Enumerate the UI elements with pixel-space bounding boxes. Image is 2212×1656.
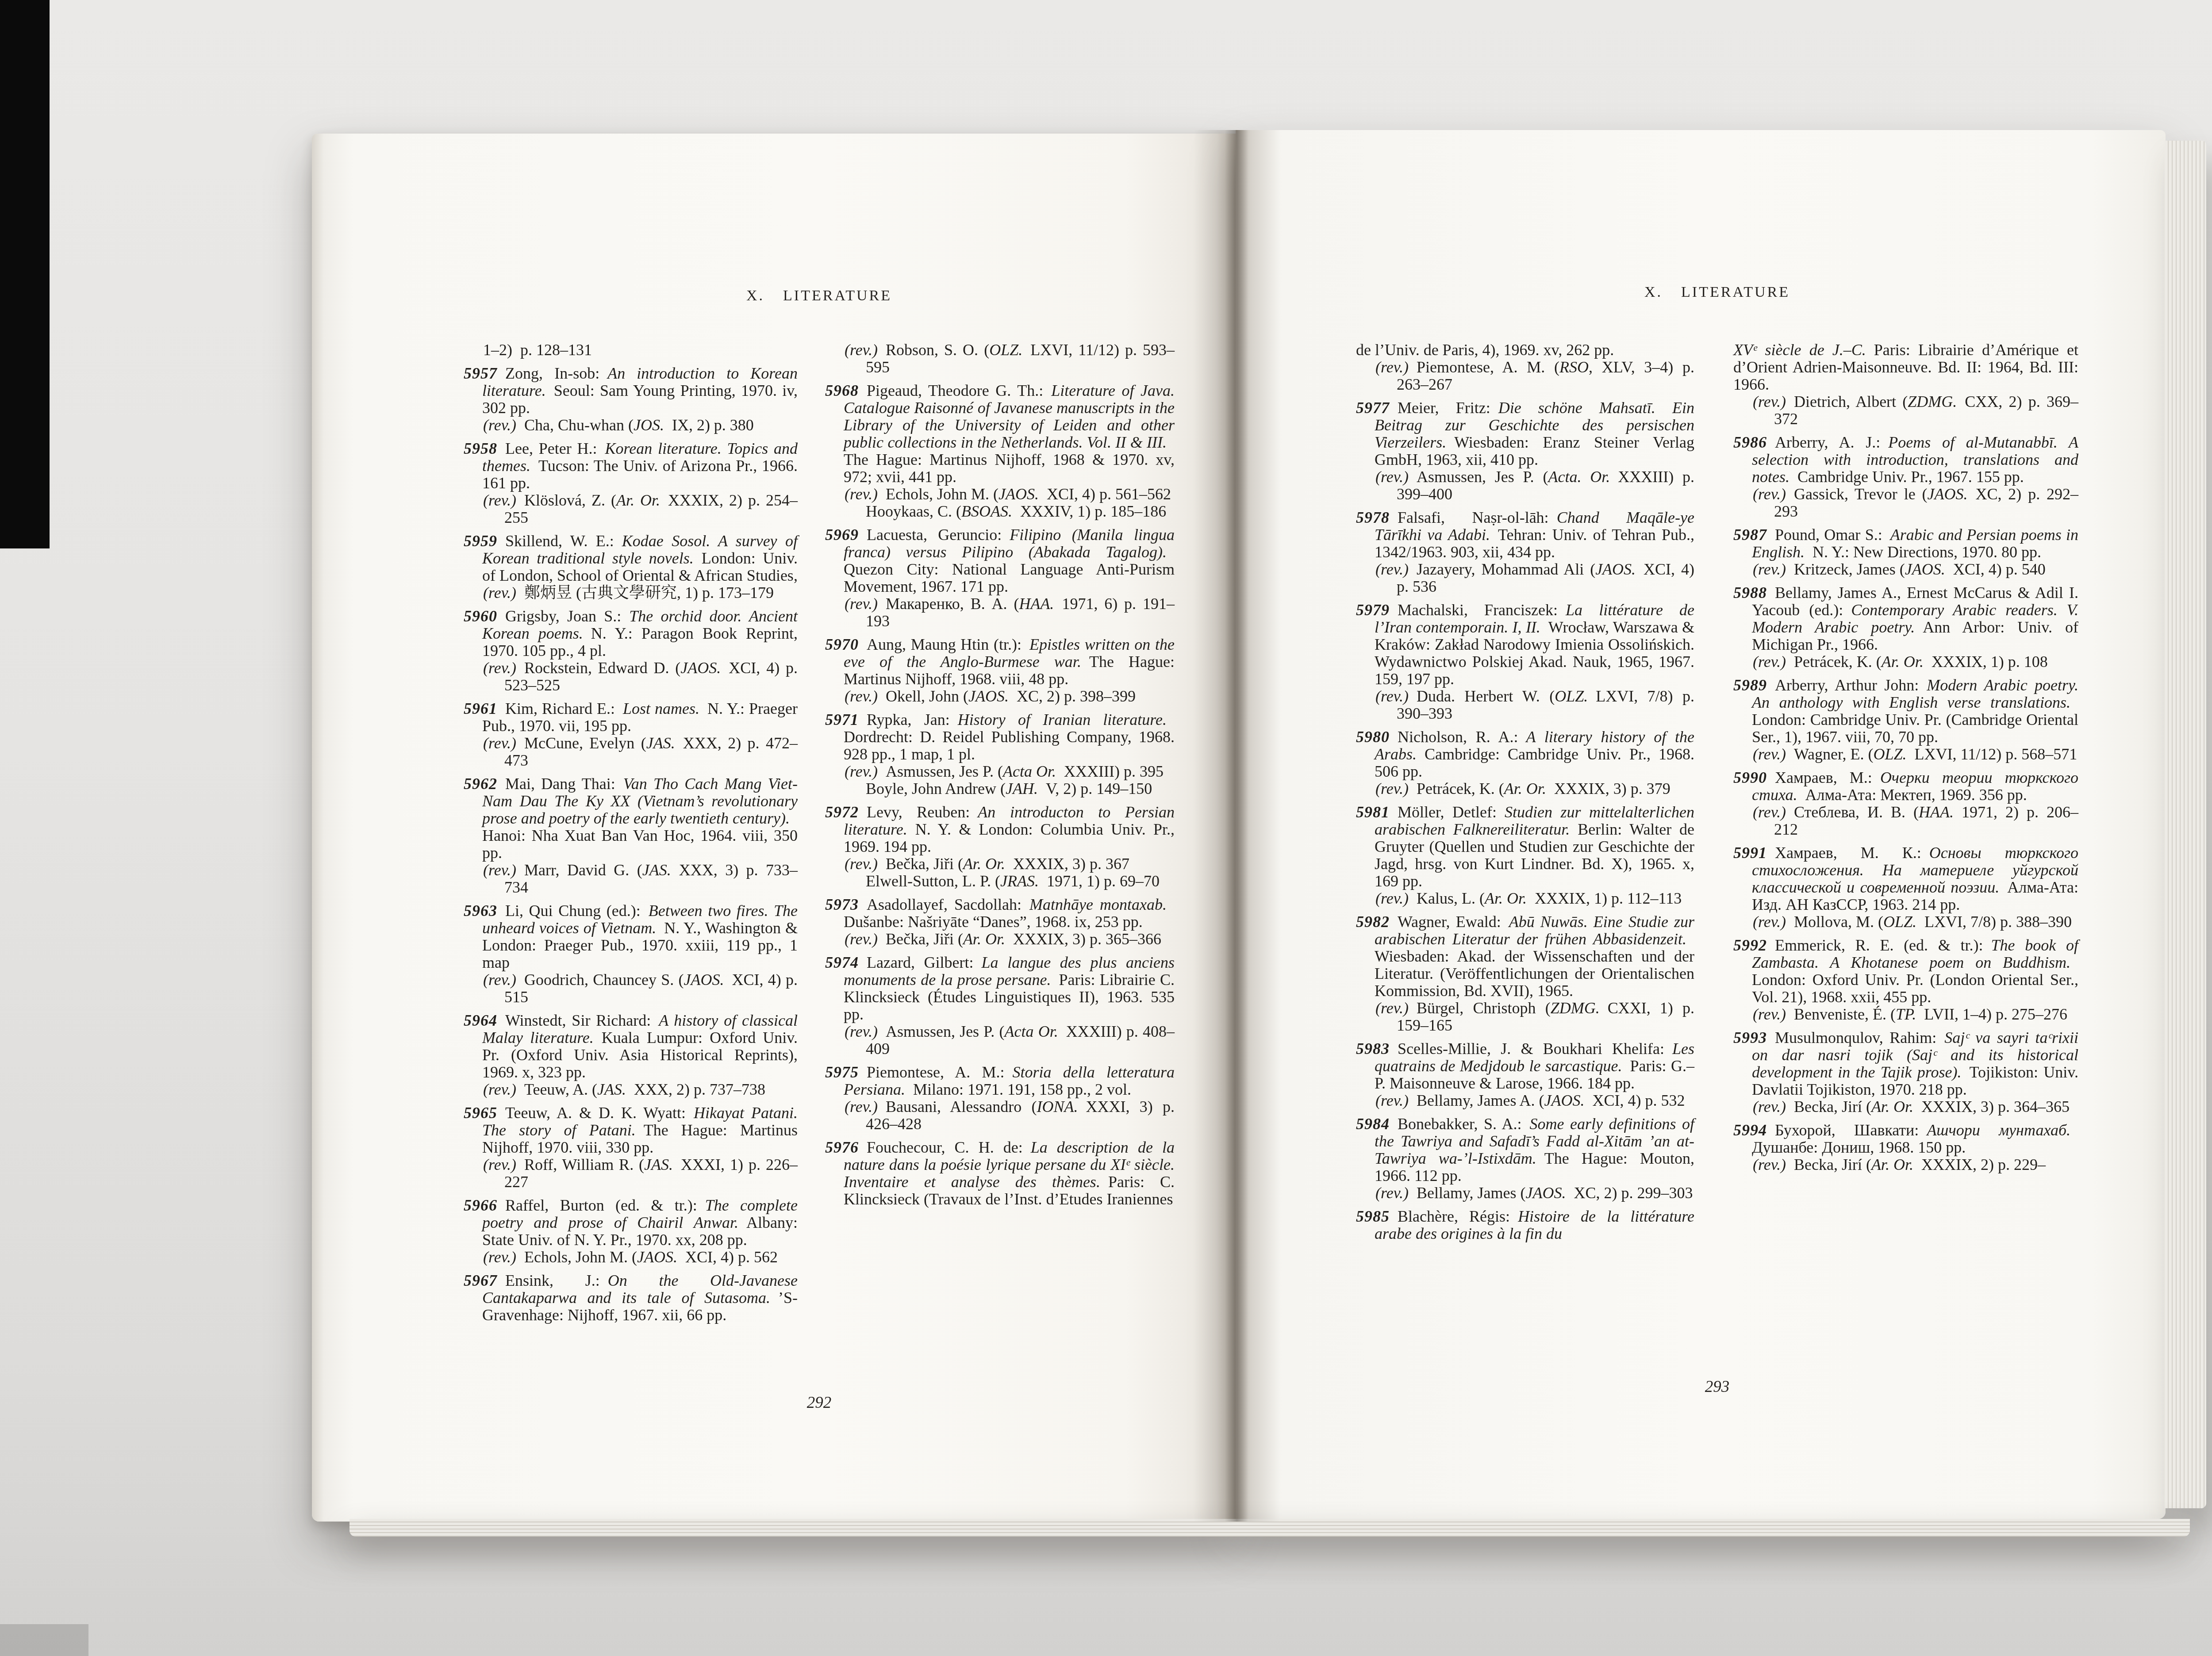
bib-entry: 5979 Machalski, Franciszek: La littératu… (1356, 602, 1694, 688)
entry-number: 5989 (1733, 676, 1767, 694)
bib-entry: 5988 Bellamy, James A., Ernest McCarus &… (1733, 584, 2078, 653)
bib-entry: 5962 Mai, Dang Thai: Van Tho Cach Mang V… (464, 775, 798, 862)
bib-rev: (rev.) Kalus, L. (Ar. Or. XXXIX, 1) p. 1… (1356, 890, 1694, 907)
bib-rev: (rev.) Bečka, Jiři (Ar. Or. XXXIX, 3) p.… (825, 855, 1175, 873)
bib-entry: 5978 Falsafi, Naṣr-ol-lāh: Chand Maqāle-… (1356, 509, 1694, 561)
bib-rev: (rev.) Petrácek, K. (Ar. Or. XXXIX, 3) p… (1356, 780, 1694, 797)
bib-entry: 5969 Lacuesta, Geruncio: Filipino (Manil… (825, 526, 1175, 595)
entry-number: 5971 (825, 711, 859, 728)
bib-rev: (rev.) Bausani, Alessandro (IONA. XXXI, … (825, 1098, 1175, 1133)
bib-entry: 5986 Arberry, A. J.: Poems of al-Mutanab… (1733, 434, 2078, 486)
bib-entry: 5990 Хамраев, М.: Очерки теории тюркског… (1733, 769, 2078, 804)
entry-number: 5978 (1356, 509, 1390, 526)
entry-number: 5993 (1733, 1029, 1767, 1046)
bib-entry: 5959 Skillend, W. E.: Kodae Sosol. A sur… (464, 533, 798, 584)
bib-rev: (rev.) Kritzeck, James (JAOS. XCI, 4) p.… (1733, 561, 2078, 578)
bib-entry: 5972 Levy, Reuben: An introducton to Per… (825, 804, 1175, 855)
table-shadow-strip (0, 1624, 88, 1656)
running-head-right: X. LITERATURE (1356, 284, 2078, 301)
bibliography-column: XVᵉ siècle de J.–C. Paris: Librairie d’A… (1733, 341, 2078, 1173)
bib-entry: 5985 Blachère, Régis: Histoire de la lit… (1356, 1208, 1694, 1242)
bib-rev: (rev.) Макаренко, В. А. (НАА. 1971, 6) p… (825, 595, 1175, 630)
running-head-left: X. LITERATURE (464, 287, 1175, 304)
bib-rev: (rev.) Gassick, Trevor le (JAOS. XC, 2) … (1733, 486, 2078, 520)
bib-rev: (rev.) McCune, Evelyn (JAS. XXX, 2) p. 4… (464, 735, 798, 769)
entry-number: 5981 (1356, 803, 1390, 821)
bib-rev: (rev.) Asmussen, Jes P. (Acta Or. XXXIII… (825, 763, 1175, 780)
entry-number: 5984 (1356, 1115, 1390, 1133)
entry-number: 5976 (825, 1138, 859, 1156)
bib-rev: (rev.) Rockstein, Edward D. (JAOS. XCI, … (464, 659, 798, 694)
entry-number: 5985 (1356, 1207, 1390, 1225)
bib-entry: 5967 Ensink, J.: On the Old-Javanese Can… (464, 1272, 798, 1324)
bib-entry: 5965 Teeuw, A. & D. K. Wyatt: Hikayat Pa… (464, 1104, 798, 1156)
photo-backdrop: X. LITERATURE X. LITERATURE 1–2) p. 128–… (0, 0, 2212, 1656)
bib-rev: (rev.) Bellamy, James (JAOS. XC, 2) p. 2… (1356, 1184, 1694, 1202)
bib-rev: (rev.) Asmussen, Jes P. (Acta Or. XXXIII… (825, 1023, 1175, 1058)
bib-rev: (rev.) Klöslová, Z. (Ar. Or. XXXIX, 2) p… (464, 492, 798, 526)
bib-rev: (rev.) Piemontese, A. M. (RSO, XLV, 3–4)… (1356, 359, 1694, 393)
bib-rev: (rev.) Echols, John M. (JAOS. XCI, 4) p.… (464, 1249, 798, 1266)
bib-rev: (rev.) Bürgel, Christoph (ZDMG. CXXI, 1)… (1356, 1000, 1694, 1034)
bib-rev: (rev.) Teeuw, A. (JAS. XXX, 2) p. 737–73… (464, 1081, 798, 1098)
entry-number: 5957 (464, 364, 497, 382)
bib-entry: 5957 Zong, In-sob: An introduction to Ko… (464, 365, 798, 417)
entry-number: 5992 (1733, 936, 1767, 954)
bib-entry: 5981 Möller, Detlef: Studien zur mittela… (1356, 804, 1694, 890)
entry-number: 5969 (825, 526, 859, 544)
bib-cont: XVᵉ siècle de J.–C. Paris: Librairie d’A… (1733, 341, 2078, 393)
dark-corner-strip (0, 0, 50, 548)
entry-number: 5972 (825, 803, 859, 821)
bib-entry: 5982 Wagner, Ewald: Abū Nuwās. Eine Stud… (1356, 913, 1694, 1000)
bib-entry: 5971 Rypka, Jan: History of Iranian lite… (825, 711, 1175, 763)
bib-rev: (rev.) Dietrich, Albert (ZDMG. CXX, 2) p… (1733, 393, 2078, 428)
bib-entry: 5974 Lazard, Gilbert: La langue des plus… (825, 954, 1175, 1023)
bib-entry: 5977 Meier, Fritz: Die schöne Mahsatī. E… (1356, 399, 1694, 468)
entry-number: 5991 (1733, 844, 1767, 862)
bib-entry: 5960 Grigsby, Joan S.: The orchid door. … (464, 608, 798, 659)
bib-rev: (rev.) Roff, William R. (JAS. XXXI, 1) p… (464, 1156, 798, 1191)
bib-entry: 5991 Хамраев, М. К.: Основы тюркского ст… (1733, 844, 2078, 913)
bib-rev: (rev.) Becka, Jirí (Ar. Or. XXXIX, 3) p.… (1733, 1098, 2078, 1115)
entry-number: 5958 (464, 440, 497, 457)
bib-rev2: Boyle, John Andrew (JAH. V, 2) p. 149–15… (825, 780, 1175, 797)
bib-rev: (rev.) Стеблева, И. В. (НАА. 1971, 2) p.… (1733, 804, 2078, 838)
bib-entry: 5989 Arberry, Arthur John: Modern Arabic… (1733, 677, 2078, 746)
bib-entry: 5987 Pound, Omar S.: Arabic and Persian … (1733, 526, 2078, 561)
bib-entry: 5976 Fouchecour, C. H. de: La descriptio… (825, 1139, 1175, 1208)
entry-number: 5973 (825, 896, 859, 913)
bib-rev: (rev.) Asmussen, Jes P. (Acta. Or. XXXII… (1356, 468, 1694, 503)
bib-entry: 5964 Winstedt, Sir Richard: A history of… (464, 1012, 798, 1081)
entry-number: 5987 (1733, 526, 1767, 544)
entry-number: 5977 (1356, 399, 1390, 417)
page-edge-stack-right (2165, 141, 2206, 1508)
entry-number: 5959 (464, 532, 497, 550)
entry-number: 5994 (1733, 1121, 1767, 1139)
bib-entry: 5980 Nicholson, R. A.: A literary histor… (1356, 728, 1694, 780)
entry-number: 5975 (825, 1063, 859, 1081)
bibliography-column: 1–2) p. 128–1315957 Zong, In-sob: An int… (464, 341, 798, 1324)
bib-rev: (rev.) Benveniste, É. (TP. LVII, 1–4) p.… (1733, 1006, 2078, 1023)
entry-number: 5982 (1356, 913, 1390, 931)
bib-rev: (rev.) Mollova, M. (OLZ. LXVI, 7/8) p. 3… (1733, 913, 2078, 931)
bib-rev2: Elwell-Sutton, L. P. (JRAS. 1971, 1) p. … (825, 873, 1175, 890)
bib-contrev: 1–2) p. 128–131 (464, 341, 798, 359)
entry-number: 5974 (825, 954, 859, 971)
bib-cont: de l’Univ. de Paris, 4), 1969. xv, 262 p… (1356, 341, 1694, 359)
bib-entry: 5958 Lee, Peter H.: Korean literature. T… (464, 440, 798, 492)
entry-number: 5966 (464, 1196, 497, 1214)
bib-entry: 5983 Scelles-Millie, J. & Boukhari Kheli… (1356, 1040, 1694, 1092)
bib-entry: 5963 Li, Qui Chung (ed.): Between two fi… (464, 902, 798, 971)
bib-rev: (rev.) Petrácek, K. (Ar. Or. XXXIX, 1) p… (1733, 653, 2078, 671)
entry-number: 5964 (464, 1012, 497, 1029)
entry-number: 5960 (464, 607, 497, 625)
entry-number: 5961 (464, 700, 497, 717)
bib-entry: 5973 Asadollayef, Sacdollah: Matnhāye mo… (825, 896, 1175, 931)
bib-rev: (rev.) Bečka, Jiři (Ar. Or. XXXIX, 3) p.… (825, 931, 1175, 948)
bib-entry: 5975 Piemontese, A. M.: Storia della let… (825, 1064, 1175, 1098)
bib-rev: (rev.) Bellamy, James A. (JAOS. XCI, 4) … (1356, 1092, 1694, 1109)
bib-entry: 5994 Бухорой, Шавкати: Ашчори мунтахаб. … (1733, 1122, 2078, 1156)
entry-number: 5968 (825, 382, 859, 399)
entry-number: 5990 (1733, 769, 1767, 786)
bib-rev: (rev.) Cha, Chu-whan (JOS. IX, 2) p. 380 (464, 417, 798, 434)
bib-rev2: Hooykaas, C. (BSOAS. XXXIV, 1) p. 185–18… (825, 503, 1175, 520)
bib-rev: (rev.) Becka, Jirí (Ar. Or. XXXIX, 2) p.… (1733, 1156, 2078, 1173)
bib-rev: (rev.) Echols, John M. (JAOS. XCI, 4) p.… (825, 486, 1175, 503)
entry-number: 5980 (1356, 728, 1390, 746)
page-number-right: 293 (1356, 1377, 2078, 1396)
bib-rev: (rev.) Okell, John (JAOS. XC, 2) p. 398–… (825, 688, 1175, 705)
bib-entry: 5984 Bonebakker, S. A.: Some early defin… (1356, 1115, 1694, 1184)
page-edge-stack-bottom (349, 1519, 2190, 1537)
entry-number: 5983 (1356, 1040, 1390, 1058)
entry-number: 5986 (1733, 433, 1767, 451)
bib-entry: 5966 Raffel, Burton (ed. & tr.): The com… (464, 1197, 798, 1249)
bibliography-column: (rev.) Robson, S. O. (OLZ. LXVI, 11/12) … (825, 341, 1175, 1208)
bib-rev: (rev.) 鄭炳昱 (古典文學研究, 1) p. 173–179 (464, 584, 798, 602)
bib-rev: (rev.) Jazayery, Mohammad Ali (JAOS. XCI… (1356, 561, 1694, 595)
entry-number: 5962 (464, 775, 497, 793)
entry-number: 5979 (1356, 601, 1390, 619)
entry-number: 5970 (825, 636, 859, 653)
bib-rev: (rev.) Goodrich, Chauncey S. (JAOS. XCI,… (464, 971, 798, 1006)
entry-number: 5988 (1733, 584, 1767, 602)
entry-number: 5963 (464, 902, 497, 920)
bib-rev: (rev.) Wagner, E. (OLZ. LXVI, 11/12) p. … (1733, 746, 2078, 763)
bib-rev: (rev.) Marr, David G. (JAS. XXX, 3) p. 7… (464, 862, 798, 896)
entry-number: 5965 (464, 1104, 497, 1122)
bib-entry: 5992 Emmerick, R. E. (ed. & tr.): The bo… (1733, 937, 2078, 1006)
page-number-left: 292 (464, 1393, 1175, 1412)
bib-entry: 5968 Pigeaud, Theodore G. Th.: Literatur… (825, 382, 1175, 486)
bib-rev: (rev.) Duda. Herbert W. (OLZ. LXVI, 7/8)… (1356, 688, 1694, 722)
entry-number: 5967 (464, 1272, 497, 1289)
bib-entry: 5993 Musulmonqulov, Rahim: Sajᶜ va sayri… (1733, 1029, 2078, 1098)
bib-entry: 5970 Aung, Maung Htin (tr.): Epistles wr… (825, 636, 1175, 688)
bib-entry: 5961 Kim, Richard E.: Lost names. N. Y.:… (464, 700, 798, 735)
bib-rev: (rev.) Robson, S. O. (OLZ. LXVI, 11/12) … (825, 341, 1175, 376)
bibliography-column: de l’Univ. de Paris, 4), 1969. xv, 262 p… (1356, 341, 1694, 1242)
